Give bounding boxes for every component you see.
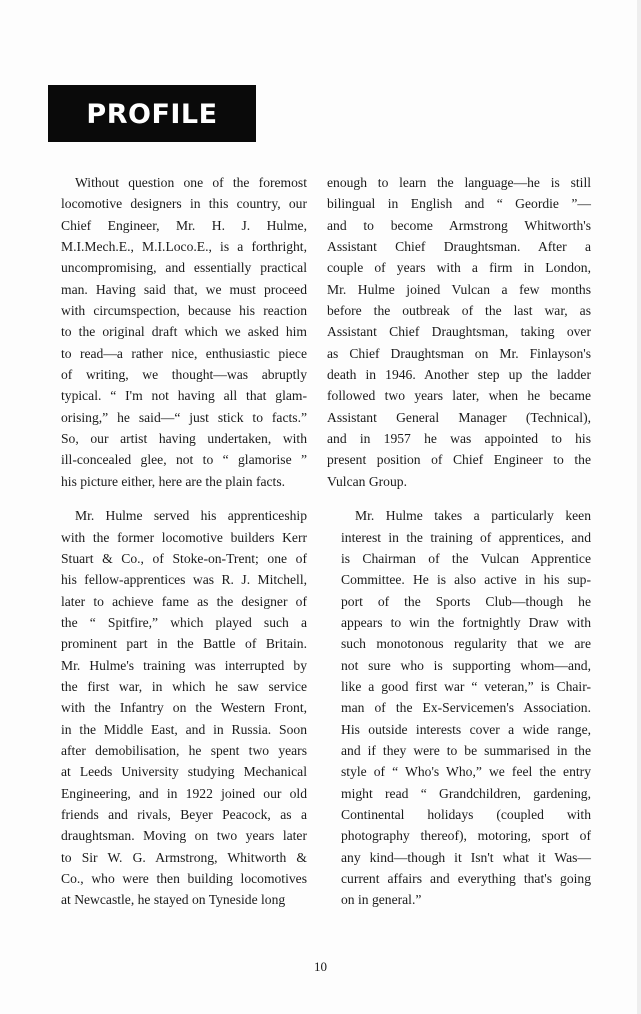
- text-line: Assistant General Manager (Technical),: [327, 407, 591, 428]
- text-line: Mr. Hulme served his apprenticeship: [47, 505, 307, 526]
- text-line: not sure who is supporting whom—and,: [327, 655, 591, 676]
- text-line: man. Having said that, we must proceed: [47, 279, 307, 300]
- text-line: followed two years later, when he became: [327, 385, 591, 406]
- text-line: interest in the training of apprentices,…: [327, 527, 591, 548]
- text-line: Committee. He is also active in his sup-: [327, 569, 591, 590]
- text-line: enough to learn the language—he is still: [327, 172, 591, 193]
- text-line: death in 1946. Another step up the ladde…: [327, 364, 591, 385]
- text-line: on in general.”: [327, 889, 591, 910]
- text-line: draughtsman. Moving on two years later: [47, 825, 307, 846]
- text-line: His outside interests cover a wide range…: [327, 719, 591, 740]
- text-line: uncompromising, and essentially practica…: [47, 257, 307, 278]
- text-line: with circumspection, because his reactio…: [47, 300, 307, 321]
- text-line: Stuart & Co., of Stoke-on-Trent; one of: [47, 548, 307, 569]
- text-line: to read—a rather nice, enthusiastic piec…: [47, 343, 307, 364]
- text-line: his picture either, here are the plain f…: [47, 471, 307, 492]
- article-column-right: enough to learn the language—he is still…: [327, 172, 591, 911]
- text-line: Continental holidays (coupled with: [327, 804, 591, 825]
- text-line: to Sir W. G. Armstrong, Whitworth &: [47, 847, 307, 868]
- page-edge-shadow: [637, 0, 641, 1014]
- section-title-banner: PROFILE: [48, 85, 256, 142]
- text-line: of writing, we thought—was abruptly: [47, 364, 307, 385]
- text-line: Co., who were then building locomotives: [47, 868, 307, 889]
- text-line: at Leeds University studying Mechanical: [47, 761, 307, 782]
- text-line: the “ Spitfire,” which played such a: [47, 612, 307, 633]
- text-line: might read “ Grandchildren, gardening,: [327, 783, 591, 804]
- text-line: is Chairman of the Vulcan Apprentice: [327, 548, 591, 569]
- text-line: orising,” he said—“ just stick to facts.…: [47, 407, 307, 428]
- text-line: bilingual in English and “ Geordie ”—: [327, 193, 591, 214]
- text-line: and to become Armstrong Whitworth's: [327, 215, 591, 236]
- text-line: current affairs and everything that's go…: [327, 868, 591, 889]
- text-line: port of the Sports Club—though he: [327, 591, 591, 612]
- text-line: like a good first war “ veteran,” is Cha…: [327, 676, 591, 697]
- text-line: and if they were to be summarised in the: [327, 740, 591, 761]
- text-line: to the original draft which we asked him: [47, 321, 307, 342]
- text-line: Engineering, and in 1922 joined our old: [47, 783, 307, 804]
- text-line: Mr. Hulme's training was interrupted by: [47, 655, 307, 676]
- paragraph-intro: Without question one of the foremostloco…: [47, 172, 307, 492]
- paragraph-apprenticeship: Mr. Hulme served his apprenticeshipwith …: [47, 505, 307, 911]
- text-line: style of “ Who's Who,” we feel the entry: [327, 761, 591, 782]
- text-line: friends and rivals, Beyer Peacock, as a: [47, 804, 307, 825]
- text-line: later to achieve fame as the designer of: [47, 591, 307, 612]
- text-line: prominent part in the Battle of Britain.: [47, 633, 307, 654]
- text-line: the first war, in which he saw service: [47, 676, 307, 697]
- text-line: as Chief Draughtsman on Mr. Finlayson's: [327, 343, 591, 364]
- text-line: typical. “ I'm not having all that glam-: [47, 385, 307, 406]
- text-line: in the Middle East, and in Russia. Soon: [47, 719, 307, 740]
- text-line: ill-concealed glee, not to “ glamorise ”: [47, 449, 307, 470]
- text-line: Without question one of the foremost: [47, 172, 307, 193]
- text-line: M.I.Mech.E., M.I.Loco.E., is a forthrigh…: [47, 236, 307, 257]
- article-column-left: Without question one of the foremostloco…: [47, 172, 307, 911]
- text-line: So, our artist having undertaken, with: [47, 428, 307, 449]
- text-line: Vulcan Group.: [327, 471, 591, 492]
- text-line: photography thereof), motoring, sport of: [327, 825, 591, 846]
- text-line: Mr. Hulme takes a particularly keen: [327, 505, 591, 526]
- text-line: appears to win the fortnightly Draw with: [327, 612, 591, 633]
- text-line: any kind—though it Isn't what it Was—: [327, 847, 591, 868]
- section-title: PROFILE: [86, 99, 217, 130]
- text-line: Assistant Chief Draughtsman. After a: [327, 236, 591, 257]
- text-line: locomotive designers in this country, ou…: [47, 193, 307, 214]
- paragraph-apprenticeship-continued: enough to learn the language—he is still…: [327, 172, 591, 492]
- text-line: Assistant Chief Draughtsman, taking over: [327, 321, 591, 342]
- text-line: Chief Engineer, Mr. H. J. Hulme,: [47, 215, 307, 236]
- text-line: with the former locomotive builders Kerr: [47, 527, 307, 548]
- text-line: his fellow-apprentices was R. J. Mitchel…: [47, 569, 307, 590]
- text-line: before the outbreak of the last war, as: [327, 300, 591, 321]
- text-line: and in 1957 he was appointed to his: [327, 428, 591, 449]
- text-line: Mr. Hulme joined Vulcan a few months: [327, 279, 591, 300]
- text-line: couple of years with a firm in London,: [327, 257, 591, 278]
- text-line: man of the Ex-Servicemen's Association.: [327, 697, 591, 718]
- text-line: at Newcastle, he stayed on Tyneside long: [47, 889, 307, 910]
- page-number: 10: [0, 959, 641, 975]
- text-line: with the Infantry on the Western Front,: [47, 697, 307, 718]
- text-line: after demobilisation, he spent two years: [47, 740, 307, 761]
- text-line: such monotonous regularity that we are: [327, 633, 591, 654]
- text-line: present position of Chief Engineer to th…: [327, 449, 591, 470]
- paragraph-interests: Mr. Hulme takes a particularly keeninter…: [327, 505, 591, 911]
